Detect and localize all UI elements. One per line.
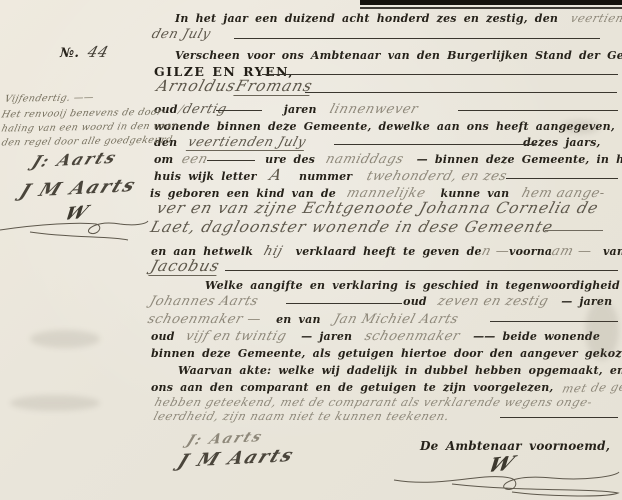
blank-rule-given-name [225, 270, 618, 271]
blank-rule-occupation [458, 110, 618, 111]
margin-note-line-3: den regel door alle goedgekeurd [2, 129, 172, 148]
witness1-age-handwritten: zeven en zestig [436, 294, 551, 309]
blank-rule-house [506, 178, 618, 179]
witness1-signature: J: Aarts [188, 428, 262, 447]
margin-signature-1: J: Aarts [34, 150, 116, 169]
dash-rule-hour [207, 160, 255, 161]
mother-handwritten-2: Laet, dagloonster wonende in dese Gemeen… [148, 218, 555, 236]
declarant-last-name: Fromans [233, 77, 315, 96]
bleed-through-spot [30, 330, 100, 348]
margin-monogram-flourish [0, 214, 150, 244]
top-rule-thick [360, 0, 622, 5]
closing-clause-2: leerdheid, zijn naam niet te kunnen teek… [154, 405, 449, 424]
witness1-name-handwritten: Johannes Aarts [148, 294, 260, 309]
closing-clause-hw-2: leerdheid, zijn naam niet te kunnen teek… [152, 409, 451, 423]
dash-rule-age [216, 110, 262, 111]
mother-line-1: ver en van zijne Echtgenoote Johanna Cor… [157, 198, 598, 217]
blank-rule-municipality [262, 74, 618, 75]
witness2-signature: J M Aarts [180, 448, 293, 469]
official-signature-flourish [392, 462, 622, 500]
blank-rule-name [305, 92, 617, 93]
bleed-through-spot [560, 120, 600, 134]
date-handwritten: den July [150, 27, 213, 42]
declarant-first-name: Arnoldus [154, 77, 238, 95]
mother-handwritten-1: ver en van zijne Echtgenoote Johanna Cor… [154, 199, 601, 217]
blank-rule-witness1 [286, 303, 402, 304]
intro-line-handwritten-date: veertien, [569, 11, 622, 25]
gn-p2: verklaard heeft te geven de [296, 245, 482, 258]
mother-line-2: Laet, dagloonster wonende in dese Gemeen… [151, 217, 553, 236]
act-number-value: 44 [86, 43, 111, 61]
gn-p3: voorna [509, 245, 552, 258]
intro-line-printed: In het jaar een duizend acht honderd zes… [175, 12, 558, 25]
gn-hw3: am — [550, 244, 594, 259]
blank-rule-date [234, 38, 600, 39]
blank-rule-birthdate [334, 144, 536, 145]
bleed-through-spot [585, 300, 619, 360]
witness1-age-label: oud [403, 295, 427, 308]
gn-hw1: hij [262, 244, 285, 259]
gn-p4: van [603, 245, 622, 258]
declarant-name-line: Arnoldus Fromans [157, 76, 312, 96]
margin-signature-2: J M Aarts [22, 178, 135, 199]
act-number: №. 44 [60, 42, 108, 61]
bleed-through-spot [10, 395, 100, 411]
witness1-line: Johannes Aarts oud zeven en zestig — jar… [150, 290, 612, 309]
document-page: In het jaar een duizend acht honderd zes… [0, 0, 622, 500]
act-number-label: №. [60, 46, 79, 61]
gn-hw2: n — [480, 244, 512, 259]
date-line: den July [152, 23, 210, 42]
intro-line: In het jaar een duizend acht honderd zes… [175, 7, 622, 26]
given-name-line: Jacobus [151, 256, 219, 276]
closing-rule [500, 417, 618, 418]
dash-rule-mother [545, 230, 603, 231]
